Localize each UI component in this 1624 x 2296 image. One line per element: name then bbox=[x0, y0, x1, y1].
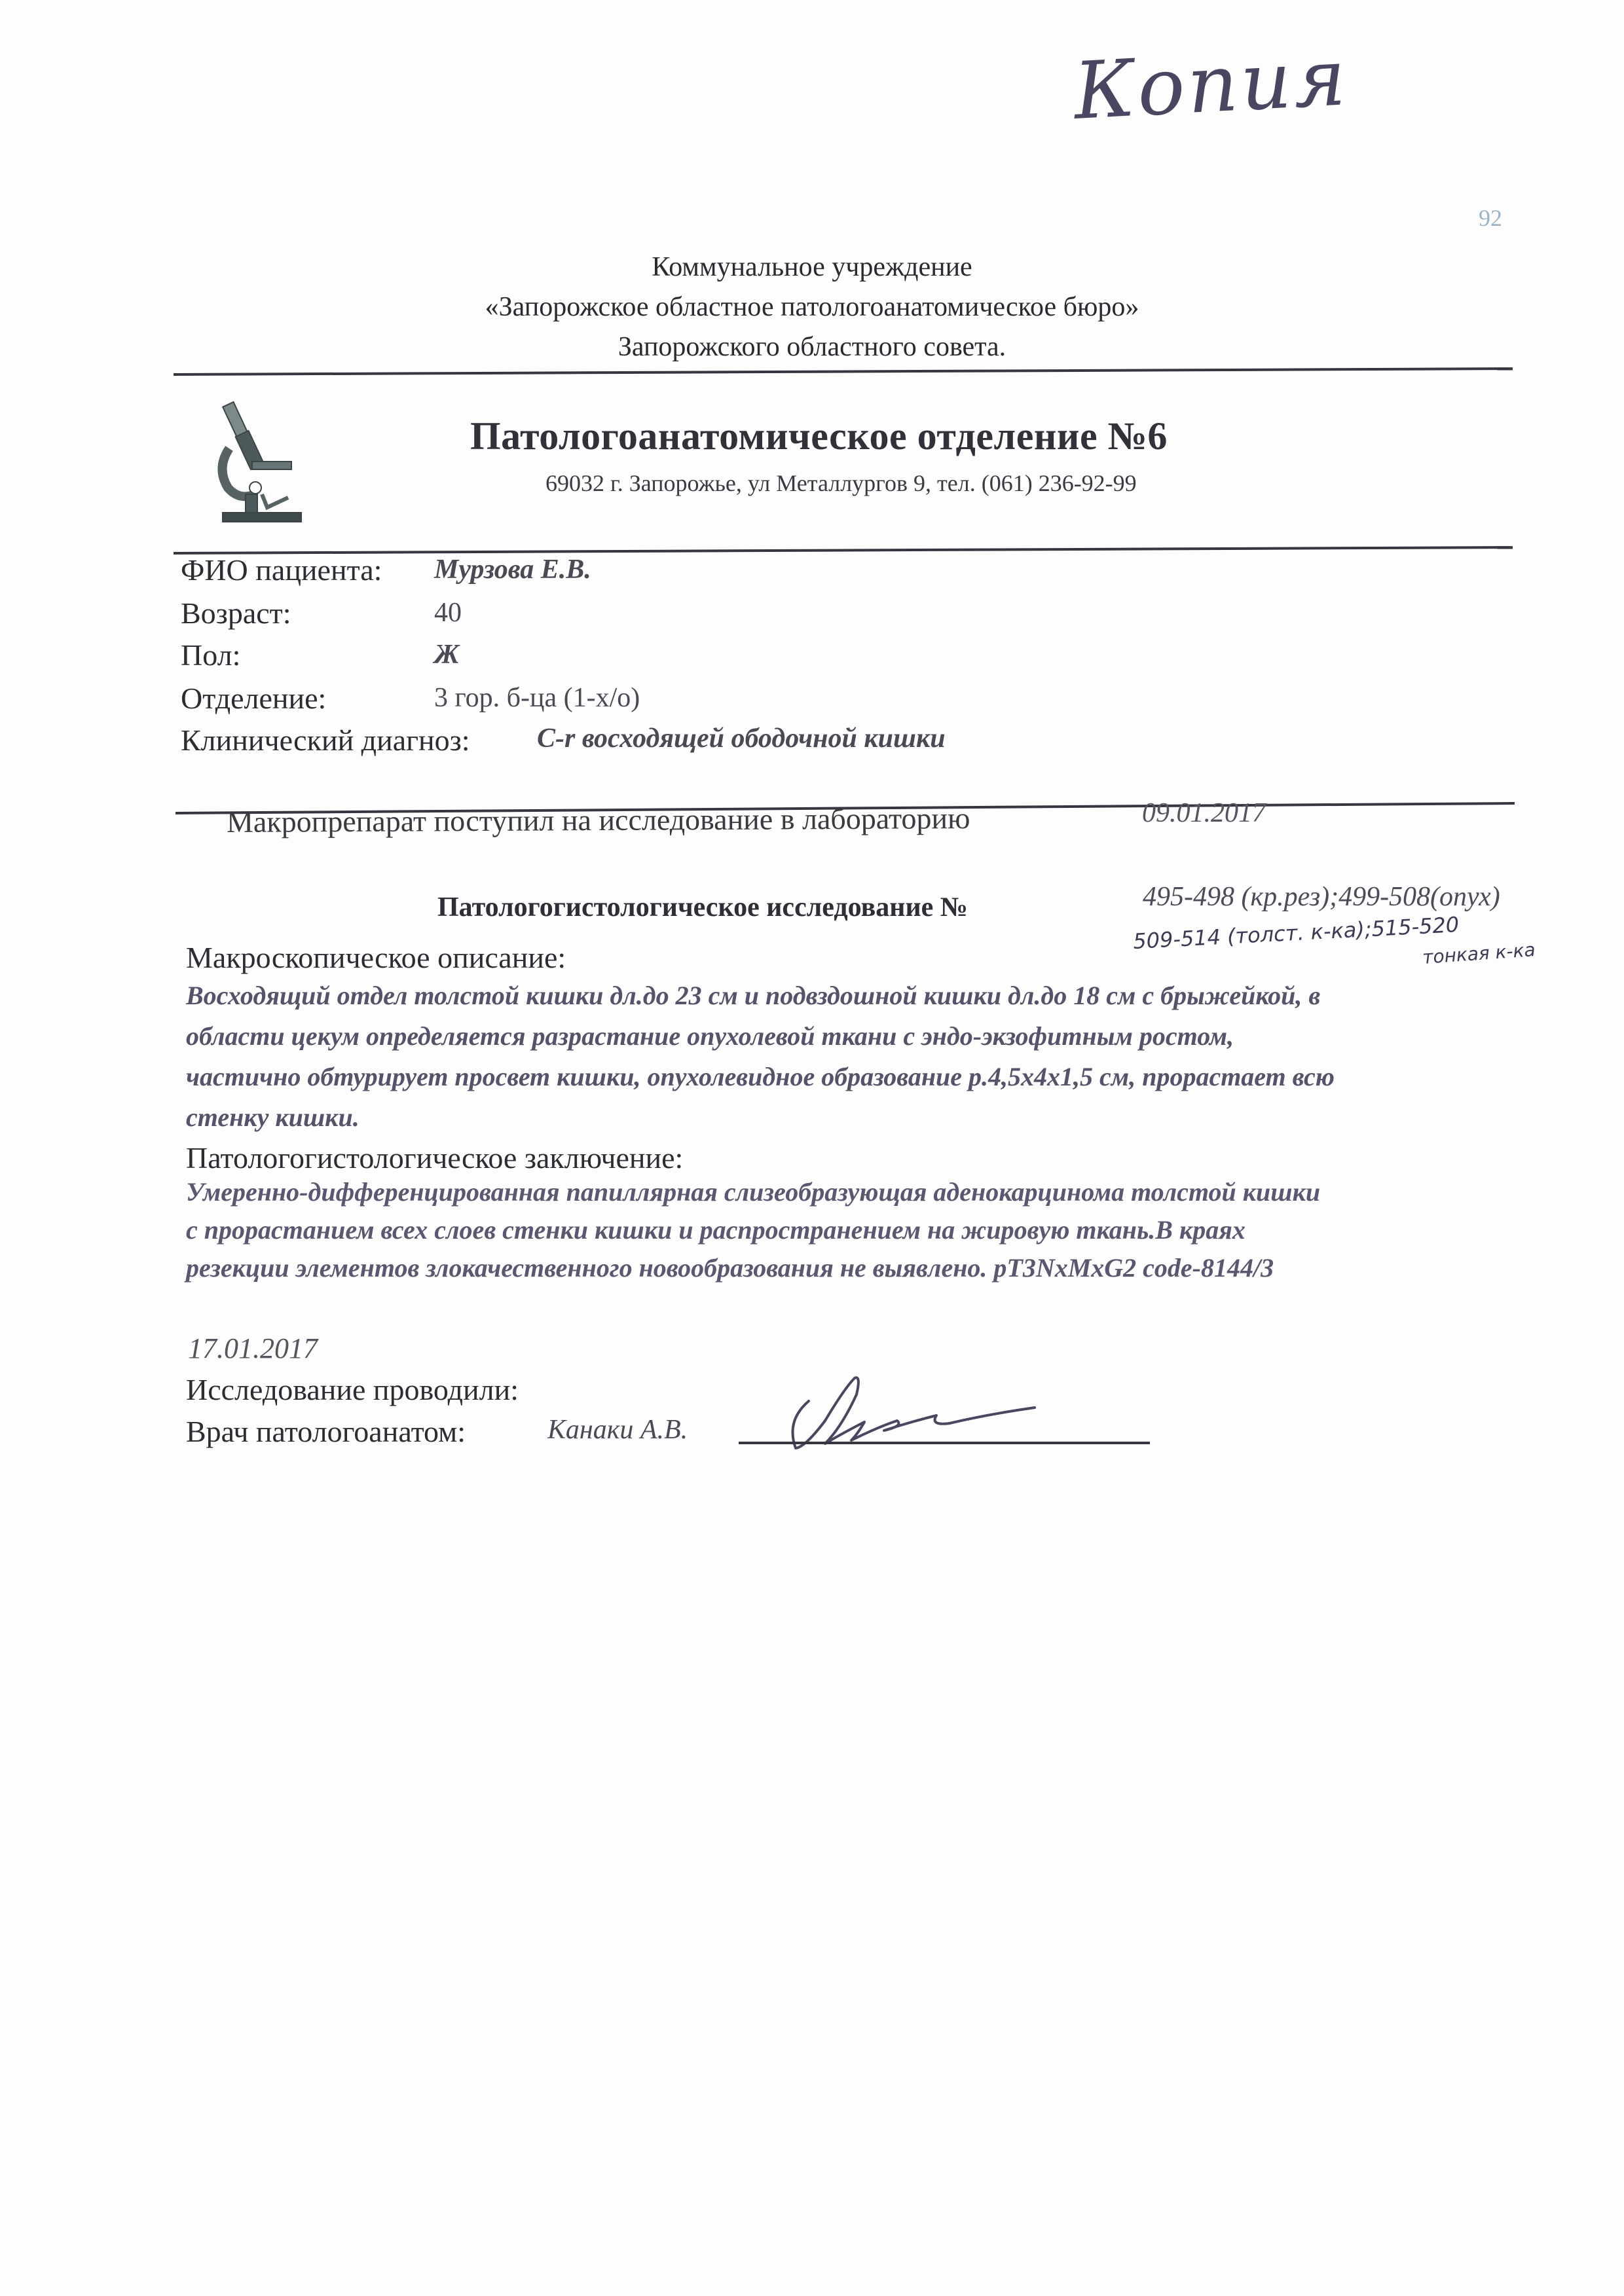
patient-sex-value: Ж bbox=[434, 639, 460, 670]
macro-line: частично обтурирует просвет кишки, опухо… bbox=[186, 1057, 1528, 1097]
macroscopic-description-label: Макроскопическое описание: bbox=[186, 940, 566, 975]
header-divider-top bbox=[174, 367, 1513, 376]
histology-study-numbers: 495-498 (кр.рез);499-508(опух) bbox=[1143, 881, 1500, 913]
department-title: Патологоанатомическое отделение №6 bbox=[470, 414, 1168, 459]
handwritten-study-numbers: 509-514 (толст. к-ка);515-520 bbox=[1132, 912, 1460, 954]
handwritten-copy-mark: Копия bbox=[1072, 32, 1351, 137]
histology-study-title: Патологогистологическое исследование № bbox=[437, 892, 968, 923]
clinical-diagnosis-label: Клинический диагноз: bbox=[181, 723, 470, 757]
document-page: Копия 92 Коммунальное учреждение «Запоро… bbox=[0, 0, 1624, 2296]
macro-line: Восходящий отдел толстой кишки дл.до 23 … bbox=[186, 975, 1528, 1016]
microscope-icon bbox=[216, 396, 308, 527]
department-address: 69032 г. Запорожье, ул Металлургов 9, те… bbox=[545, 469, 1137, 497]
patient-name-label: ФИО пациента: bbox=[181, 553, 382, 587]
patient-age-value: 40 bbox=[434, 597, 462, 629]
patient-department-label: Отделение: bbox=[181, 681, 326, 716]
institution-line-1: Коммунальное учреждение bbox=[0, 251, 1624, 283]
specimen-received-label: Макропрепарат поступил на исследование в… bbox=[227, 801, 970, 839]
performed-by-label: Исследование проводили: bbox=[186, 1372, 519, 1407]
patient-age-label: Возраст: bbox=[181, 596, 291, 630]
page-number: 92 bbox=[1479, 204, 1502, 232]
conclusion-line: с прорастанием всех слоев стенки кишки и… bbox=[186, 1211, 1528, 1249]
institution-line-2: «Запорожское областное патологоанатомиче… bbox=[0, 291, 1624, 323]
conclusion-line: резекции элементов злокачественного ново… bbox=[186, 1249, 1528, 1287]
patient-department-value: 3 гор. б-ца (1-х/о) bbox=[434, 682, 640, 714]
macroscopic-description-text: Восходящий отдел толстой кишки дл.до 23 … bbox=[186, 975, 1528, 1138]
pathologist-label: Врач патологоанатом: bbox=[186, 1414, 466, 1449]
specimen-received-date: 09.01.2017 bbox=[1142, 797, 1266, 829]
institution-line-3: Запорожского областного совета. bbox=[0, 331, 1624, 363]
handwritten-study-note: тонкая к-ка bbox=[1422, 939, 1536, 968]
macro-line: стенку кишки. bbox=[186, 1097, 1528, 1138]
patient-name-value: Мурзова Е.В. bbox=[434, 554, 591, 585]
histology-conclusion-text: Умеренно-дифференцированная папиллярная … bbox=[186, 1173, 1528, 1287]
signature-line bbox=[739, 1442, 1150, 1444]
macro-line: области цекум определяется разрастание о… bbox=[186, 1016, 1528, 1057]
histology-conclusion-label: Патологогистологическое заключение: bbox=[186, 1140, 683, 1175]
conclusion-line: Умеренно-дифференцированная папиллярная … bbox=[186, 1173, 1528, 1211]
signoff-date: 17.01.2017 bbox=[188, 1332, 318, 1365]
clinical-diagnosis-value: C-r восходящей ободочной кишки bbox=[537, 723, 946, 754]
patient-sex-label: Пол: bbox=[181, 638, 240, 672]
pathologist-name: Канаки А.В. bbox=[547, 1414, 688, 1446]
